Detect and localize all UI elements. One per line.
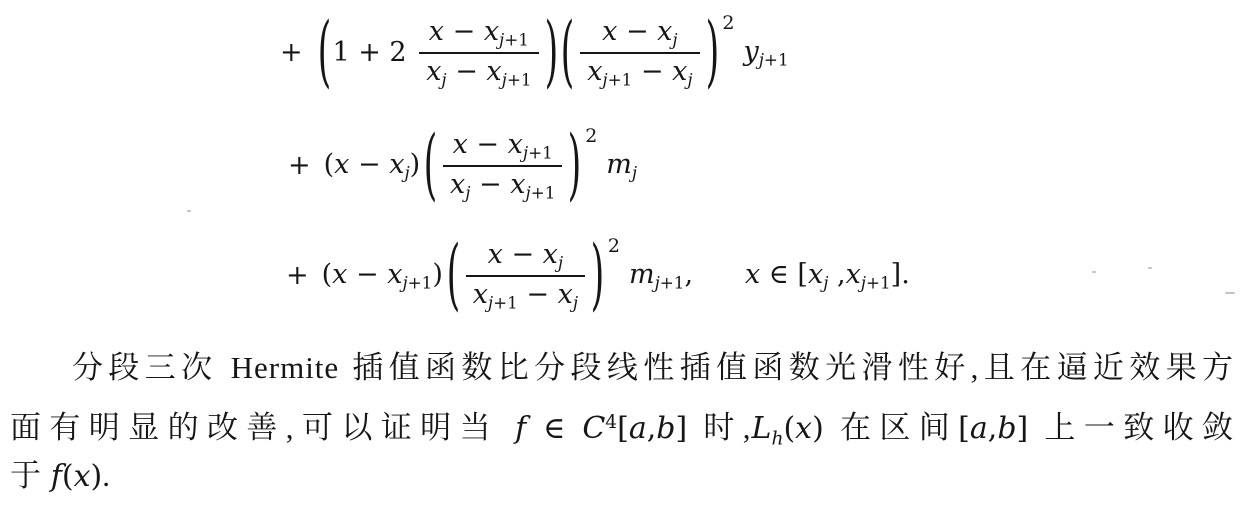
big-right-paren: ) — [704, 10, 719, 96]
scan-speck — [1092, 271, 1096, 273]
big-left-paren: ( — [423, 123, 438, 209]
inline-math-interval-ab: [a,b] — [958, 411, 1028, 446]
linear-factor: (x − xj) — [324, 149, 421, 183]
inline-math-f-in-C4: f ∈ C4[a,b] — [515, 411, 687, 446]
denominator: xj+1 − xj — [580, 54, 699, 92]
scanned-textbook-page: + ( 1 + 2 x − xj+1 xj − xj+1 ) ( x − xj … — [0, 0, 1243, 508]
fraction: x − xj+1 xj − xj+1 — [443, 127, 562, 205]
paragraph-line-1: 分段三次 Hermite 插值函数比分段线性插值函数光滑性好,且在逼近效果方 — [10, 346, 1234, 390]
big-right-paren: ) — [567, 123, 582, 209]
fraction: x − xj+1 xj − xj+1 — [419, 14, 538, 92]
numerator: x − xj — [595, 14, 684, 52]
term-m-j: mj — [606, 149, 637, 183]
numerator: x − xj+1 — [422, 14, 536, 52]
big-left-paren: ( — [316, 10, 331, 96]
big-right-paren: ) — [543, 10, 558, 96]
denominator: xj − xj+1 — [443, 167, 562, 205]
fraction: x − xj xj+1 − xj — [580, 14, 699, 92]
denominator: xj − xj+1 — [419, 54, 538, 92]
inline-math-f-x: f(x) — [51, 459, 102, 494]
body-text: 时, — [687, 410, 751, 445]
plus-operator: + — [288, 150, 311, 181]
exponent: 2 — [722, 12, 734, 34]
body-text: 上一致收敛 — [1028, 410, 1234, 445]
body-text: 面有明显的改善,可以证明当 — [10, 410, 515, 445]
fraction: x − xj xj+1 − xj — [466, 237, 585, 315]
plus-operator: + — [286, 260, 309, 291]
big-left-paren: ( — [560, 10, 575, 96]
interval-condition: x ∈ [xj ,xj+1]. — [745, 259, 910, 293]
big-left-paren: ( — [446, 233, 461, 319]
plus-operator: + — [280, 37, 303, 68]
exponent: 2 — [608, 235, 620, 257]
denominator: xj+1 − xj — [466, 277, 585, 315]
term-m-j-plus-1: mj+1, — [629, 259, 693, 293]
body-text: . — [102, 458, 111, 493]
numerator: x − xj — [481, 237, 570, 275]
linear-factor: (x − xj+1) — [322, 259, 443, 293]
inline-math-Lh-x: Lh(x) — [752, 411, 824, 446]
scan-speck — [187, 210, 191, 212]
big-right-paren: ) — [590, 233, 605, 319]
scan-speck — [1148, 267, 1152, 269]
exponent: 2 — [585, 125, 597, 147]
formula-line-2: + (x − xj) ( x − xj+1 xj − xj+1 ) 2 mj — [288, 127, 637, 205]
scan-speck — [1225, 292, 1235, 294]
body-text: 于 — [10, 458, 51, 493]
paragraph-line-3: 于 f(x). — [10, 454, 1234, 499]
numerator: x − xj+1 — [446, 127, 560, 165]
formula-line-1: + ( 1 + 2 x − xj+1 xj − xj+1 ) ( x − xj … — [280, 14, 789, 92]
term-y-j-plus-1: yj+1 — [743, 36, 788, 70]
body-text: 在区间 — [824, 410, 958, 445]
formula-line-3: + (x − xj+1) ( x − xj xj+1 − xj ) 2 mj+1… — [286, 237, 910, 315]
coefficient-term: 1 + 2 — [332, 37, 415, 68]
body-text: 分段三次 Hermite 插值函数比分段线性插值函数光滑性好,且在逼近效果方 — [72, 350, 1234, 385]
paragraph-line-2: 面有明显的改善,可以证明当 f ∈ C4[a,b] 时,Lh(x) 在区间[a,… — [10, 401, 1234, 462]
